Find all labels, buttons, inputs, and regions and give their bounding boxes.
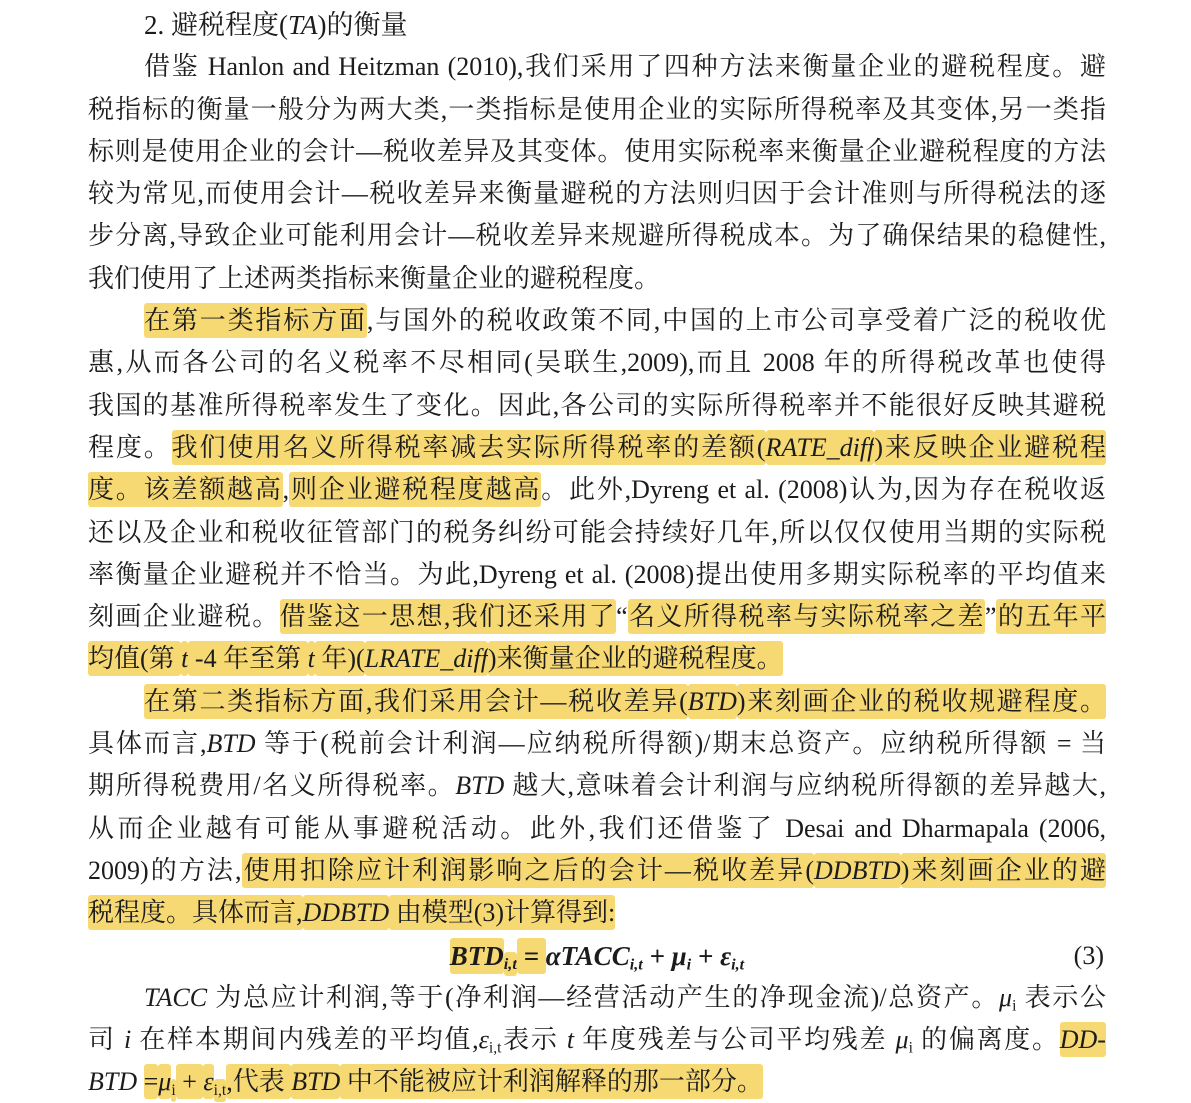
text-line: 我们使用了上述两类指标来衡量企业的避税程度。 [88,258,1106,300]
text-run: “ [616,602,628,631]
text-run: μ [896,1025,909,1054]
text-line: 度。该差额越高,则企业避税程度越高。此外,Dyreng et al. (2008… [88,469,1106,511]
text-run: ε [479,1025,489,1054]
highlighted-text-run: t [308,641,315,676]
text-line: 税程度。具体而言,DDBTD 由模型(3)计算得到: [88,892,1106,934]
text-run: 我们使用了上述两类指标来衡量企业的避税程度。 [88,264,660,293]
text-run: 等于(税前会计利润—应纳税所得额)/期末总资产。应纳税所得额 = 当 [256,729,1106,758]
text-run: ” [985,602,997,631]
document-body: 2. 避税程度(TA)的衡量借鉴 Hanlon and Heitzman (20… [88,4,1106,1103]
text-run: 2. 避税程度( [144,10,288,40]
text-run: i,t [731,955,744,973]
highlighted-text-run: 在第二类指标方面,我们采用会计—税收差异( [144,684,688,719]
text-run: 我国的基准所得税率发生了变化。因此,各公司的实际所得税率并不能很好反映其避税 [88,391,1106,420]
text-line: 在第二类指标方面,我们采用会计—税收差异(BTD)来刻画企业的税收规避程度。 [88,681,1106,723]
text-run: ,与国外的税收政策不同,中国的上市公司享受着广泛的税收优 [367,306,1106,335]
highlighted-text-run: = [517,938,546,974]
highlighted-text-run: 均值(第 [88,641,181,676]
text-run: BTD [88,1067,137,1096]
equation-body: BTDi,t = αTACCi,t + μi + εi,t [450,941,744,971]
text-run: ε [720,941,731,971]
equation-line: BTDi,t = αTACCi,t + μi + εi,t(3) [88,935,1106,977]
text-run: 越大,意味着会计利润与应纳税所得额的差异越大, [504,771,1106,800]
highlighted-text-run: )来反映企业避税程 [874,430,1106,465]
text-run: BTD [455,771,504,800]
highlighted-text-run: i,t [214,1079,227,1102]
text-run: 还以及企业和税收征管部门的税务纠纷可能会持续好几年,所以仅仅使用当期的实际税 [88,518,1106,547]
text-line: 在第一类指标方面,与国外的税收政策不同,中国的上市公司享受着广泛的税收优 [88,300,1106,342]
highlighted-text-run: LRATE_diff [365,641,488,676]
highlighted-text-run: RATE_diff [766,430,875,465]
highlighted-text-run: 年)( [315,641,365,676]
text-line: 刻画企业避税。借鉴这一思想,我们还采用了“名义所得税率与实际税率之差”的五年平 [88,596,1106,638]
text-run: t [567,1025,574,1054]
text-run: αTACC [546,941,630,971]
highlighted-text-run: = [144,1064,159,1099]
text-line: 具体而言,BTD 等于(税前会计利润—应纳税所得额)/期末总资产。应纳税所得额 … [88,723,1106,765]
text-line: 还以及企业和税收征管部门的税务纠纷可能会持续好几年,所以仅仅使用当期的实际税 [88,512,1106,554]
text-line: 标则是使用企业的会计—税收差异及其变体。使用实际税率来衡量企业避税程度的方法 [88,131,1106,173]
text-line: 税指标的衡量一般分为两大类,一类指标是使用企业的实际所得税率及其变体,另一类指 [88,89,1106,131]
text-line: 我国的基准所得税率发生了变化。因此,各公司的实际所得税率并不能很好反映其避税 [88,385,1106,427]
text-run: μ [999,983,1012,1012]
highlighted-text-run: 使用扣除应计利润影响之后的会计—税收差异( [242,853,815,888]
scanned-paper-page: 2. 避税程度(TA)的衡量借鉴 Hanlon and Heitzman (20… [0,0,1191,1103]
text-line: BTD =μi + εi,t,代表 BTD 中不能被应计利润解释的那一部分。 [88,1061,1106,1103]
highlighted-text-run: BTD [450,938,504,974]
text-run: i,t [489,1039,502,1056]
equation-number: (3) [1074,935,1104,977]
highlighted-text-run: DDBTD [303,895,390,930]
highlighted-text-run: μ [158,1064,171,1099]
text-run: 具体而言, [88,729,206,758]
section-heading: 2. 避税程度(TA)的衡量 [88,4,1106,46]
text-line: 2009)的方法,使用扣除应计利润影响之后的会计—税收差异(DDBTD)来刻画企… [88,850,1106,892]
text-run: 。此外,Dyreng et al. (2008)认为,因为存在税收返 [541,475,1106,504]
text-run: 借鉴 Hanlon and Heitzman (2010),我们采用了四种方法来… [144,52,1106,81]
text-run: 步分离,导致企业可能利用会计—税收差异来规避所得税成本。为了确保结果的稳健性, [88,221,1106,250]
highlighted-text-run: 的五年平 [996,599,1106,634]
text-run: 从而企业越有可能从事避税活动。此外,我们还借鉴了 Desai and Dharm… [88,814,1106,843]
text-run: 为总应计利润,等于(净利润—经营活动产生的净现金流)/总资产。 [207,983,999,1012]
text-line: TACC 为总应计利润,等于(净利润—经营活动产生的净现金流)/总资产。μi 表… [88,977,1106,1019]
text-run: 惠,从而各公司的名义税率不尽相同(吴联生,2009),而且 2008 年的所得税… [88,348,1106,377]
highlighted-text-run: 由模型(3)计算得到: [389,895,615,930]
highlighted-text-run: ,代表 [226,1064,291,1099]
text-line: 惠,从而各公司的名义税率不尽相同(吴联生,2009),而且 2008 年的所得税… [88,342,1106,384]
text-line: 期所得税费用/名义所得税率。BTD 越大,意味着会计利润与应纳税所得额的差异越大… [88,765,1106,807]
text-run: 税指标的衡量一般分为两大类,一类指标是使用企业的实际所得税率及其变体,另一类指 [88,95,1106,124]
text-run: 在样本期间内残差的平均值, [131,1025,478,1054]
text-run: i,t [630,955,643,973]
highlighted-text-run: DD- [1060,1022,1106,1057]
text-run: )的衡量 [318,10,408,40]
highlighted-text-run: i,t [504,952,517,976]
text-run: 刻画企业避税。 [88,602,280,631]
highlighted-text-run: DDBTD [814,853,901,888]
text-line: 均值(第 t -4 年至第 t 年)(LRATE_diff)来衡量企业的避税程度… [88,638,1106,680]
text-line: 较为常见,而使用会计—税收差异来衡量避税的方法则归因于会计准则与所得税法的逐 [88,173,1106,215]
text-run: 期所得税费用/名义所得税率。 [88,771,455,800]
text-run: 标则是使用企业的会计—税收差异及其变体。使用实际税率来衡量企业避税程度的方法 [88,137,1106,166]
highlighted-text-run: 我们使用名义所得税率减去实际所得税率的差额( [172,430,766,465]
text-run: 较为常见,而使用会计—税收差异来衡量避税的方法则归因于会计准则与所得税法的逐 [88,179,1106,208]
text-run: 程度。 [88,433,172,462]
text-line: 借鉴 Hanlon and Heitzman (2010),我们采用了四种方法来… [88,46,1106,88]
text-line: 从而企业越有可能从事避税活动。此外,我们还借鉴了 Desai and Dharm… [88,808,1106,850]
highlighted-text-run: )来刻画企业的税收规避程度。 [737,684,1106,719]
text-run: μ [672,941,687,971]
text-run: 2009)的方法, [88,856,242,885]
highlighted-text-run: BTD [291,1064,340,1099]
highlighted-text-run: + [176,1064,204,1099]
highlighted-text-run: )来衡量企业的避税程度。 [488,641,783,676]
text-line: 司 i 在样本期间内残差的平均值,εi,t表示 t 年度残差与公司平均残差 μi… [88,1019,1106,1061]
text-run: + [691,941,720,971]
highlighted-text-run: )来刻画企业的避 [901,853,1106,888]
highlighted-text-run: 则企业避税程度越高 [289,472,541,507]
text-run: + [643,941,672,971]
highlighted-text-run: 在第一类指标方面 [144,303,367,338]
highlighted-text-run: 名义所得税率与实际税率之差 [628,599,985,634]
highlighted-text-run: ε [203,1064,213,1099]
text-run: 司 [88,1025,124,1054]
highlighted-text-run: 税程度。具体而言, [88,895,303,930]
highlighted-text-run: 度。该差额越高 [88,472,283,507]
text-line: 程度。我们使用名义所得税率减去实际所得税率的差额(RATE_diff)来反映企业… [88,427,1106,469]
text-run: 的偏离度。 [913,1025,1060,1054]
text-run: TA [288,10,318,40]
highlighted-text-run: 中不能被应计利润解释的那一部分。 [340,1064,763,1099]
highlighted-text-run: 借鉴这一思想,我们还采用了 [280,599,616,634]
text-run: 年度残差与公司平均残差 [574,1025,895,1054]
highlighted-text-run: BTD [688,684,737,719]
text-run: 表示 [501,1025,566,1054]
text-run: TACC [144,983,207,1012]
text-run: 率衡量企业避税并不恰当。为此,Dyreng et al. (2008)提出使用多… [88,560,1106,589]
text-run: BTD [206,729,255,758]
text-line: 率衡量企业避税并不恰当。为此,Dyreng et al. (2008)提出使用多… [88,554,1106,596]
text-run: 表示公 [1016,983,1106,1012]
text-line: 步分离,导致企业可能利用会计—税收差异来规避所得税成本。为了确保结果的稳健性, [88,215,1106,257]
highlighted-text-run: -4 年至第 [188,641,307,676]
text-run [137,1067,144,1096]
